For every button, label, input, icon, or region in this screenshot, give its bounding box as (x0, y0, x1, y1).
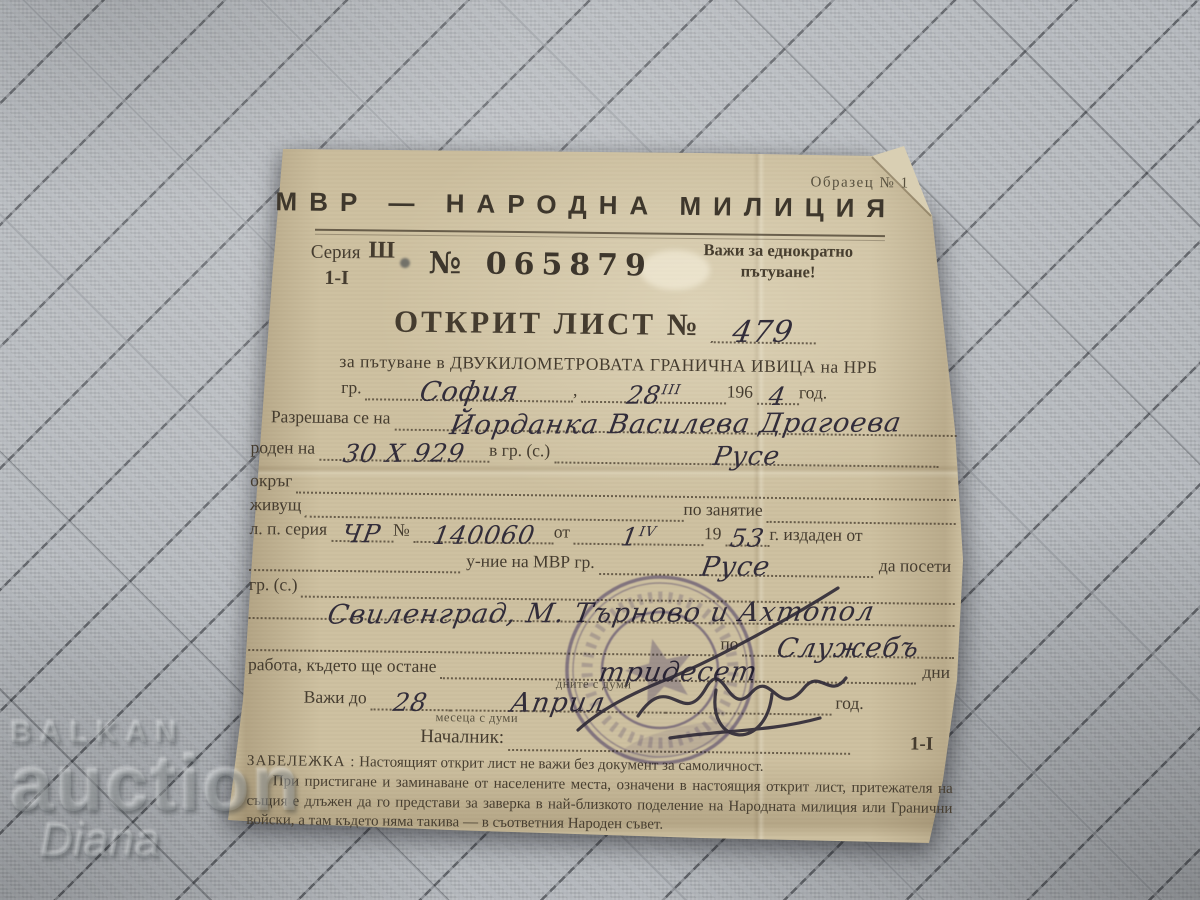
chief-signature (520, 560, 860, 770)
born-label: роден на (250, 437, 319, 461)
single-trip-note: Важи за еднократно пътуване! (650, 239, 905, 285)
footer-code: 1-I (910, 734, 933, 756)
issue-year-prefix: 196 (727, 381, 758, 404)
series-label: Серия (311, 242, 361, 265)
stay-units: дни (916, 662, 954, 685)
born-place-label: в гр. (с.) (489, 440, 554, 464)
id-year-prefix: 19 (704, 523, 726, 546)
serial-number: № 065879 (428, 246, 653, 284)
document-header: МВР — НАРОДНА МИЛИЦИЯ (281, 186, 891, 224)
permit-row: Разрешава се на Йорданка Василева Драгое… (271, 404, 957, 437)
permit-name-handwritten: Йорданка Василева Драгоева (447, 407, 904, 441)
permit-number-handwritten: 479 (730, 315, 796, 350)
single-trip-line2: пътуване! (741, 262, 816, 282)
form-code: Образец № 1 (810, 174, 909, 192)
comma: , (573, 380, 582, 403)
issue-year-handwritten: 4 (767, 382, 789, 411)
id-series-handwritten: ЧР (340, 519, 383, 548)
id-series-label: л. п. серия (249, 518, 331, 542)
watermark: BALKAN auction Diana (10, 716, 301, 867)
born-place-handwritten: Русе (710, 441, 782, 471)
id-year-handwritten: 53 (728, 524, 767, 553)
id-number-label: № (393, 520, 414, 543)
stay-label: работа, където ще остане (248, 654, 441, 679)
document-title: ОТКРИТ ЛИСТ № (394, 304, 711, 344)
id-issued-label: г. издаден от (769, 524, 866, 548)
district-label: окръг (250, 470, 296, 494)
issue-place-handwritten: София (417, 376, 521, 408)
issue-year-suffix: год. (799, 382, 832, 405)
issue-row: гр. София , 28III 196 4 год. (341, 375, 831, 406)
id-from-label: от (554, 521, 574, 544)
valid-day-handwritten: 28 (391, 688, 430, 717)
valid-caption: месеца с думи (435, 710, 518, 726)
title-row: ОТКРИТ ЛИСТ № 479 (310, 303, 900, 346)
born-row: роден на 30 X 929 в гр. (с.) Русе (250, 436, 938, 468)
permit-label: Разрешава се на (271, 406, 395, 430)
visit-label: да посети (873, 555, 956, 579)
series-row: Серия Ш (311, 237, 395, 265)
series-code-top: 1-I (324, 267, 349, 290)
id-number-handwritten: 140060 (430, 520, 537, 550)
single-trip-line1: Важи за еднократно (703, 240, 853, 261)
id-from-handwritten: 1IV (619, 522, 658, 551)
photo-of-document: Образец № 1 МВР — НАРОДНА МИЛИЦИЯ Серия … (0, 0, 1200, 900)
issue-day-handwritten: 28III (625, 380, 683, 409)
series-letter: Ш (360, 237, 395, 264)
chief-label: Началник: (420, 726, 508, 751)
born-date-handwritten: 30 X 929 (341, 438, 468, 468)
residing-label: живущ (250, 494, 306, 518)
occupation-label: по занятие (683, 499, 767, 523)
issue-place-label: гр. (341, 377, 366, 400)
office-blank (249, 569, 460, 573)
valid-label: Важи до (304, 687, 371, 711)
